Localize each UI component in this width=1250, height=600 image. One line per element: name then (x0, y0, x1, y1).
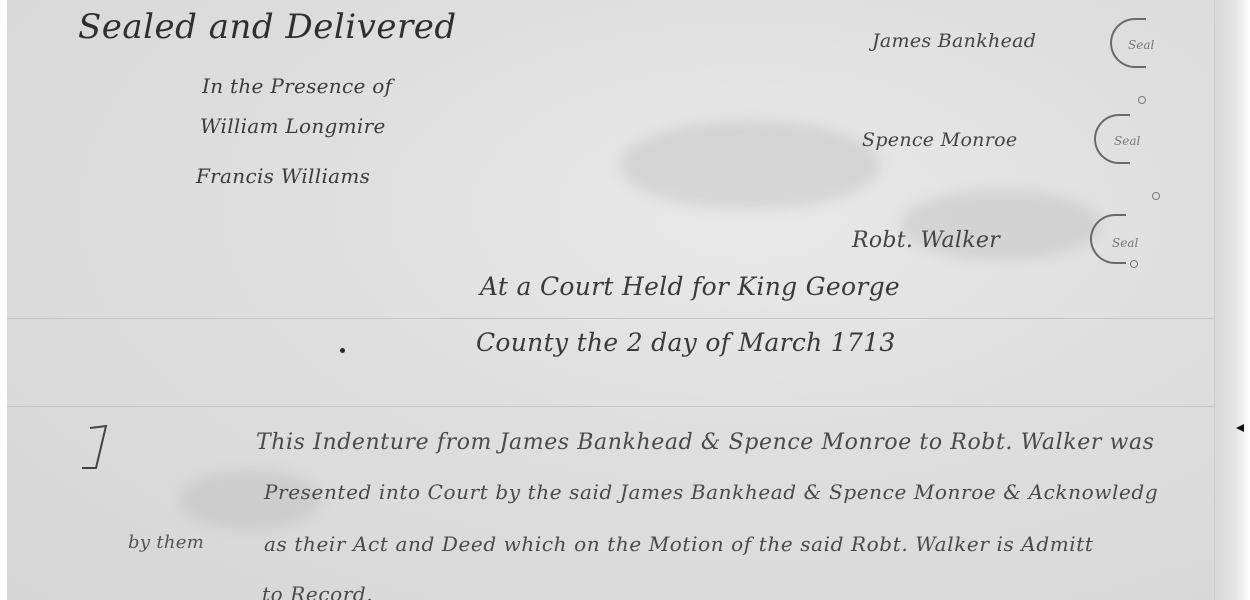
scan-left-edge (0, 0, 7, 600)
seal-label: Seal (1128, 38, 1154, 52)
sealed-delivered-heading: Sealed and Delivered (78, 10, 457, 44)
margin-bracket-icon (82, 424, 108, 470)
signatory-name: Robt. Walker (852, 230, 1000, 252)
paper-smudge (620, 120, 880, 210)
edge-arrow-mark (1236, 424, 1244, 432)
ink-blot (340, 348, 345, 353)
margin-rule (1214, 0, 1215, 600)
seal-dot-icon (1138, 96, 1146, 104)
body-line: to Record. (262, 584, 373, 600)
ruled-line (7, 406, 1215, 407)
seal-label: Seal (1112, 236, 1138, 250)
witness-intro: In the Presence of (202, 76, 392, 96)
court-heading-line: At a Court Held for King George (480, 274, 900, 299)
seal-label: Seal (1114, 134, 1140, 148)
signatory-name: Spence Monroe (862, 131, 1017, 150)
body-line: as their Act and Deed which on the Motio… (264, 534, 1094, 554)
ruled-line (7, 318, 1215, 319)
body-line: This Indenture from James Bankhead & Spe… (256, 432, 1155, 454)
scan-right-margin (1215, 0, 1250, 600)
signatory-name: James Bankhead (872, 32, 1036, 51)
court-heading-line: County the 2 day of March 1713 (476, 330, 896, 355)
seal-dot-icon (1130, 260, 1138, 268)
body-line: Presented into Court by the said James B… (264, 482, 1158, 502)
witness-name: William Longmire (200, 116, 386, 136)
margin-note: by them (128, 534, 204, 552)
witness-name: Francis Williams (196, 166, 370, 186)
document-scan: Sealed and Delivered In the Presence of … (0, 0, 1250, 600)
seal-dot-icon (1152, 192, 1160, 200)
